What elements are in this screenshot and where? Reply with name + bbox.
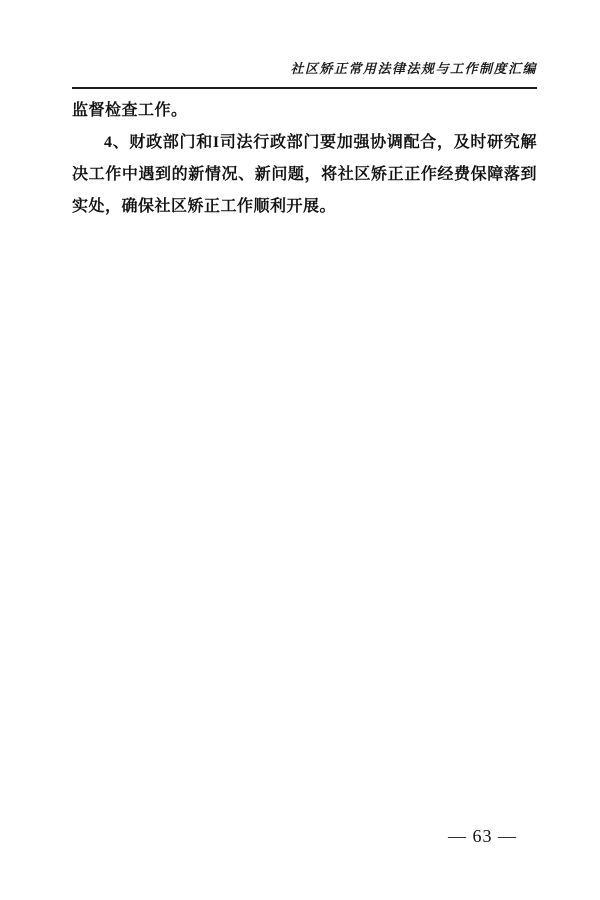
running-header-title: 社区矫正常用法律法规与工作制度汇编 bbox=[72, 58, 537, 80]
page-number: — 63 — bbox=[448, 824, 517, 848]
body-line: 决工作中遇到的新情况、新问题，将社区矫正正作经费保障落到 bbox=[72, 159, 537, 191]
body-line: 4、财政部门和I司法行政部门要加强协调配合，及时研究解 bbox=[72, 127, 537, 159]
body-line: 实处，确保社区矫正工作顺利开展。 bbox=[72, 191, 537, 223]
header-rule bbox=[72, 87, 537, 89]
body-line: 监督检查工作。 bbox=[72, 95, 537, 127]
document-page: 社区矫正常用法律法规与工作制度汇编 监督检查工作。 4、财政部门和I司法行政部门… bbox=[0, 0, 600, 900]
body-text-block: 监督检查工作。 4、财政部门和I司法行政部门要加强协调配合，及时研究解 决工作中… bbox=[72, 95, 537, 223]
